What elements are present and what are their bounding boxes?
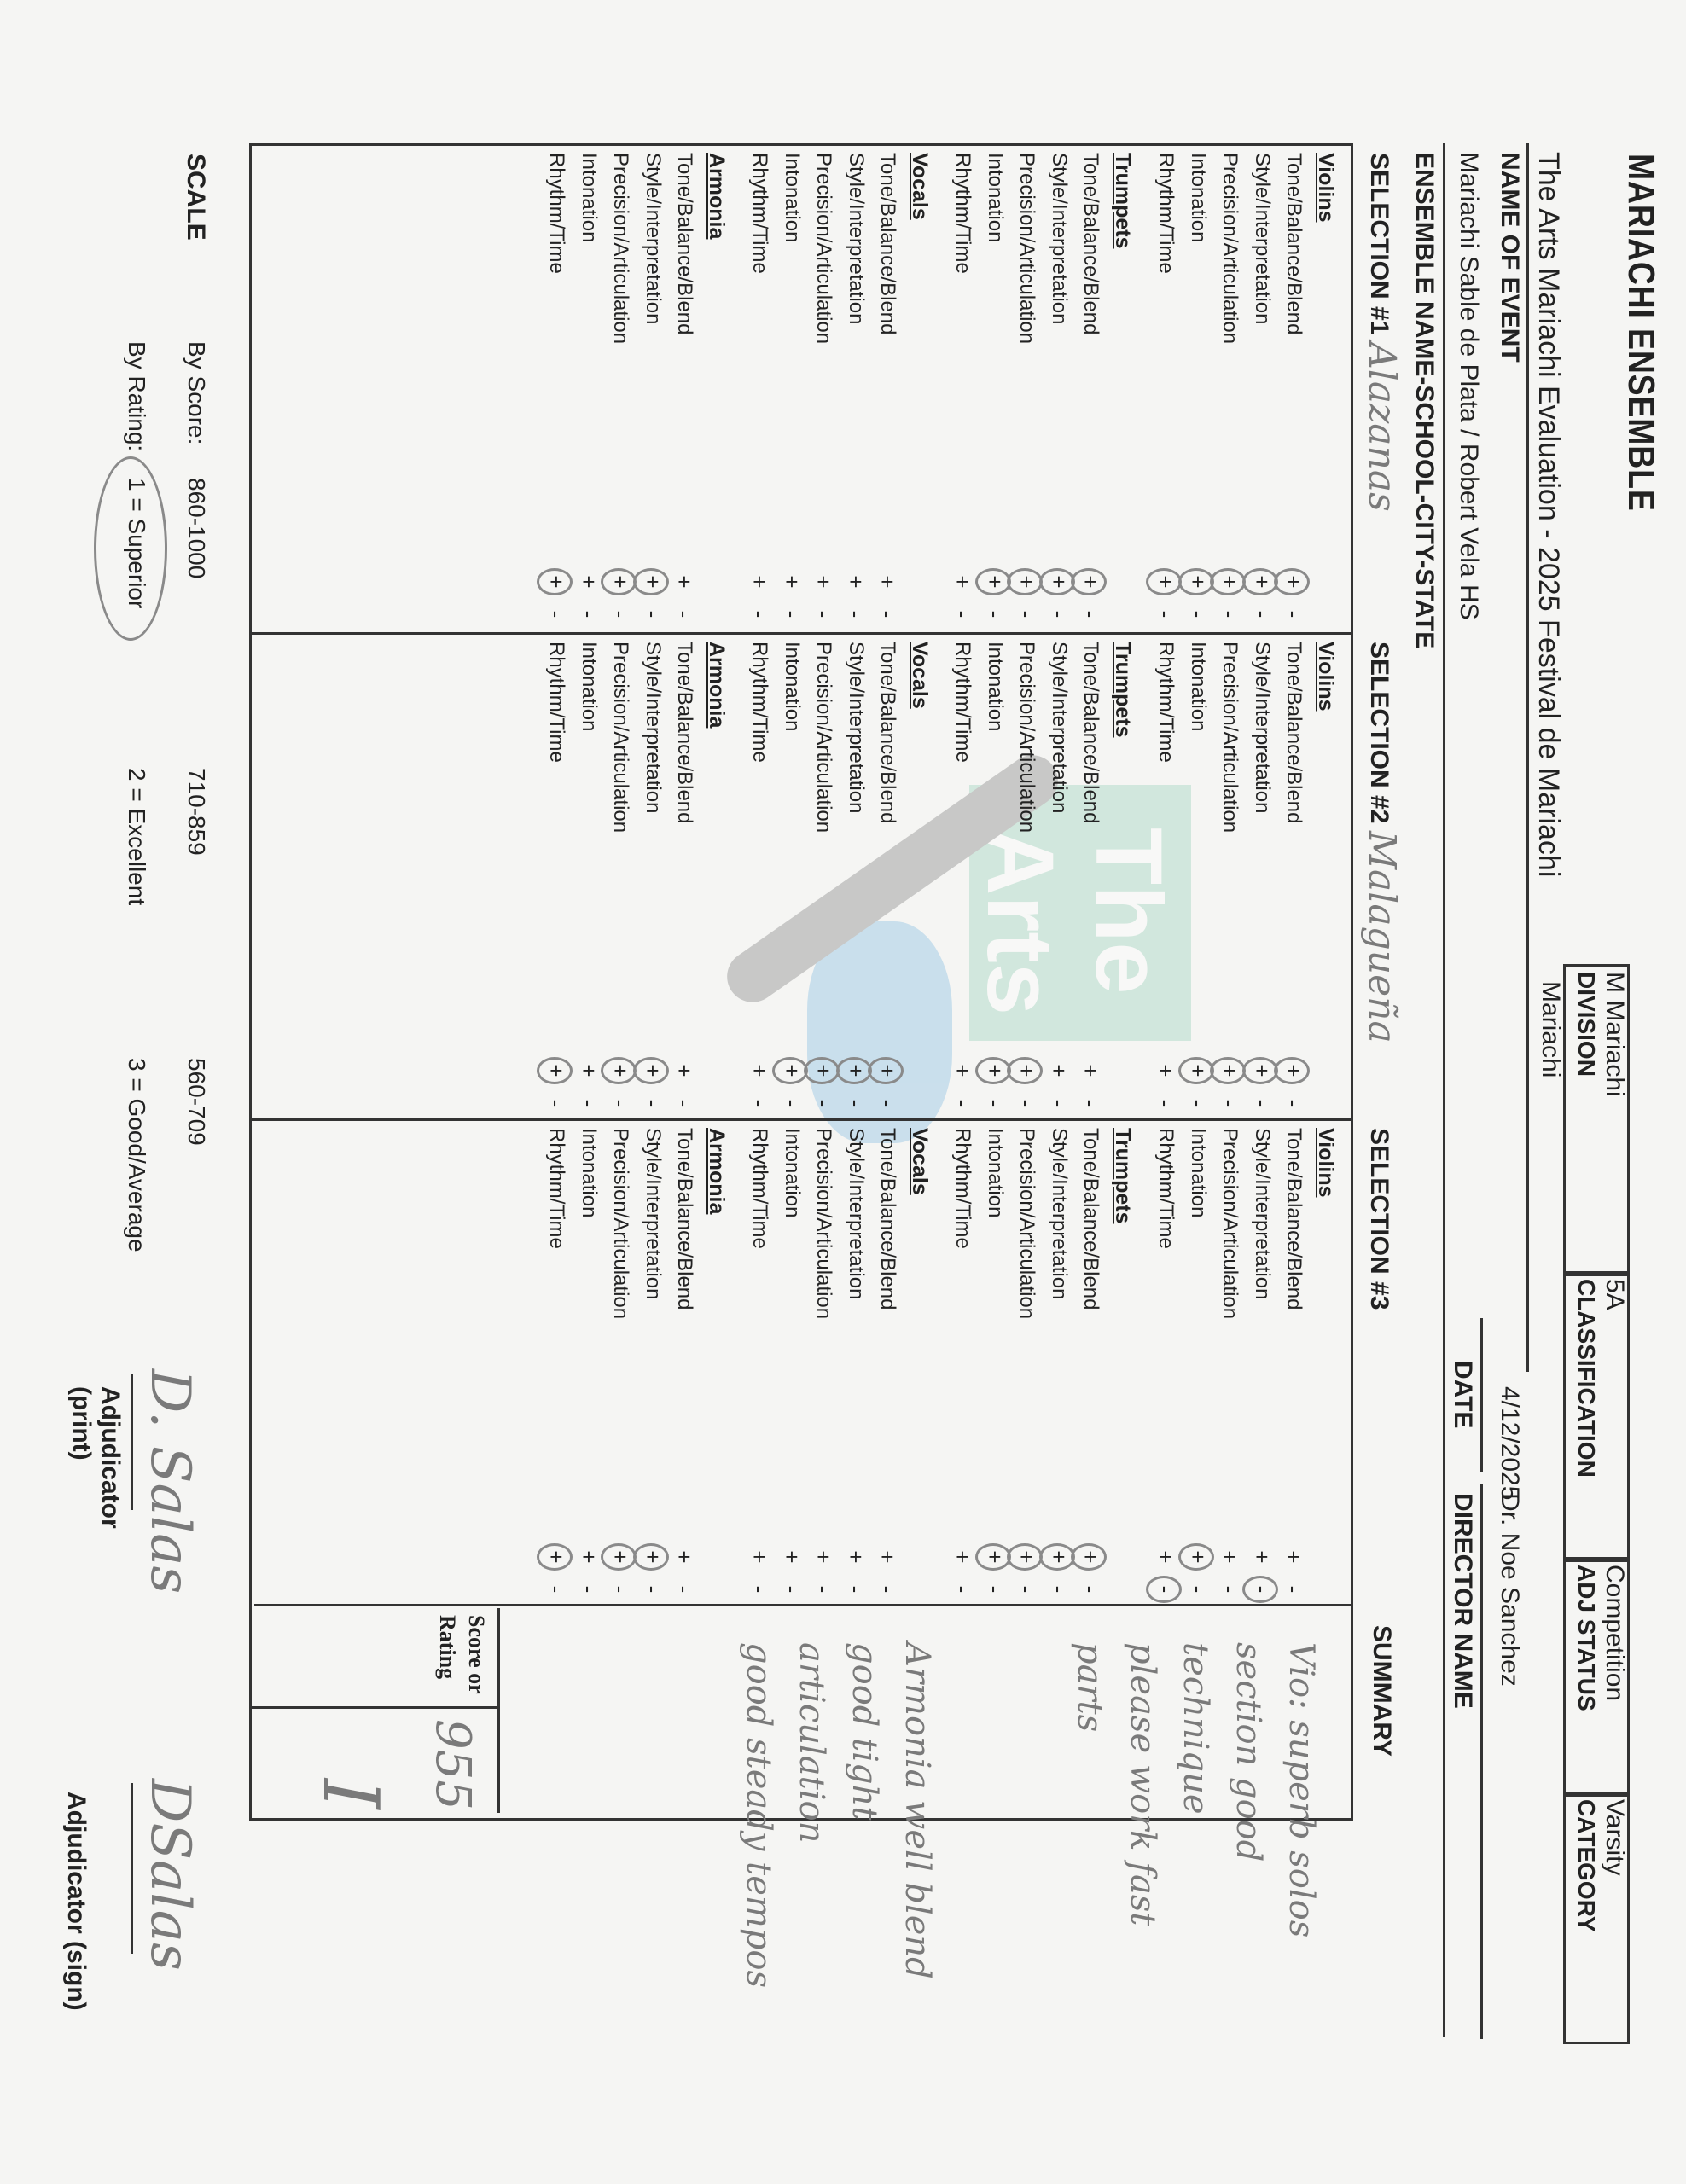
evaluation-sheet: MARIACHI ENSEMBLE M Mariachi DIVISION 5A… <box>0 0 1686 2184</box>
selection-column-2: SELECTION #2MalagueñaViolinsTone/Balance… <box>252 632 1351 1121</box>
criterion-label: Tone/Balance/Blend <box>1078 153 1103 335</box>
division-box: M Mariachi DIVISION <box>1563 964 1630 1276</box>
plus-mark[interactable]: + <box>671 1061 697 1080</box>
minus-mark[interactable]: - <box>576 1580 602 1599</box>
plus-mark[interactable]: + <box>950 572 975 591</box>
circle-mark <box>537 1057 573 1084</box>
minus-mark[interactable]: - <box>640 605 666 624</box>
criterion-label: Precision/Articulation <box>608 153 633 344</box>
form-subtitle: The Arts Mariachi Evaluation - 2025 Fest… <box>1532 152 1565 877</box>
minus-mark[interactable]: - <box>950 1580 975 1599</box>
minus-mark[interactable]: - <box>1046 1094 1072 1112</box>
circle-mark <box>1071 568 1107 595</box>
criterion-label: Rhythm/Time <box>950 642 975 763</box>
circle-mark <box>1071 1543 1107 1571</box>
group-heading: Trumpets <box>1110 1128 1136 1224</box>
by-rating-label: By Rating: <box>123 341 150 451</box>
circle-mark <box>1275 1057 1311 1084</box>
criterion-label: Tone/Balance/Blend <box>875 1128 900 1310</box>
director-label: DIRECTOR NAME <box>1448 1493 1477 1709</box>
criterion-label: Rhythm/Time <box>747 153 772 274</box>
scale-rating: 3 = Good/Average <box>123 1058 150 1252</box>
group-heading: Trumpets <box>1110 153 1136 249</box>
minus-mark[interactable]: - <box>640 1094 666 1112</box>
criterion-label: Precision/Articulation <box>1218 642 1243 833</box>
minus-mark[interactable]: - <box>1014 1580 1039 1599</box>
adj-status-value: Competition <box>1600 1565 1629 1701</box>
criterion-label: Style/Interpretation <box>843 642 869 813</box>
plus-mark[interactable]: + <box>747 1548 772 1566</box>
category-value: Varsity <box>1600 1799 1629 1875</box>
plus-mark[interactable]: + <box>1046 1061 1072 1080</box>
criterion-label: Intonation <box>576 1128 602 1217</box>
criterion-label: Rhythm/Time <box>747 642 772 763</box>
minus-mark[interactable]: - <box>608 605 633 624</box>
criterion-label: Rhythm/Time <box>950 1128 975 1249</box>
criterion-label: Precision/Articulation <box>811 1128 836 1319</box>
selection-song-title: Alazanas <box>1360 342 1404 512</box>
score-value: 955 <box>425 1719 480 1810</box>
adjudicator-sign-label: Adjudicator (sign) <box>61 1792 90 2011</box>
minus-mark[interactable]: - <box>779 1580 805 1599</box>
circle-mark <box>1211 568 1247 595</box>
summary-line: Vio: superb solos <box>1275 1642 1328 2001</box>
adj-status-box: Competition ADJ STATUS <box>1563 1557 1630 1797</box>
division-label: DIVISION <box>1573 972 1600 1077</box>
criterion-label: Intonation <box>1185 1128 1211 1217</box>
criterion-label: Rhythm/Time <box>747 1128 772 1249</box>
minus-mark[interactable]: - <box>1185 605 1211 624</box>
minus-mark[interactable]: - <box>1218 605 1243 624</box>
criterion-label: Intonation <box>779 153 805 242</box>
minus-mark[interactable]: - <box>544 1094 569 1112</box>
circle-mark <box>836 1057 872 1084</box>
criterion-label: Precision/Articulation <box>1014 642 1039 833</box>
evaluation-grid: SELECTION #1AlazanasViolinsTone/Balance/… <box>249 143 1353 1821</box>
rating-value: I <box>305 1779 395 1809</box>
minus-mark[interactable]: - <box>1154 1094 1179 1112</box>
scale-score-range: 710-859 <box>183 768 210 856</box>
minus-mark[interactable]: - <box>747 605 772 624</box>
criterion-label: Style/Interpretation <box>843 1128 869 1299</box>
ensemble-label: ENSEMBLE NAME-SCHOOL-CITY-STATE <box>1410 152 1439 648</box>
plus-mark[interactable]: + <box>875 1548 900 1566</box>
group-heading: Violins <box>1313 153 1339 223</box>
minus-mark[interactable]: - <box>1185 1094 1211 1112</box>
criterion-label: Style/Interpretation <box>1249 153 1275 324</box>
criterion-label: Rhythm/Time <box>544 642 569 763</box>
minus-mark[interactable]: - <box>1154 605 1179 624</box>
minus-mark[interactable]: - <box>779 605 805 624</box>
selection-column-3: SELECTION #3ViolinsTone/Balance/Blend+-S… <box>252 1118 1351 1607</box>
scale-score-range: 860-1000 <box>183 478 210 578</box>
criterion-label: Rhythm/Time <box>950 153 975 274</box>
circle-mark <box>1178 1057 1214 1084</box>
event-value: Mariachi <box>1536 981 1565 1077</box>
criterion-label: Tone/Balance/Blend <box>671 153 697 335</box>
criterion-label: Rhythm/Time <box>1154 1128 1179 1249</box>
minus-mark[interactable]: - <box>608 1580 633 1599</box>
criterion-label: Precision/Articulation <box>1014 1128 1039 1319</box>
criterion-label: Style/Interpretation <box>1046 1128 1072 1299</box>
group-heading: Vocals <box>907 642 933 709</box>
circle-mark <box>772 1057 808 1084</box>
circle-mark <box>975 568 1011 595</box>
minus-mark[interactable]: - <box>1249 1094 1275 1112</box>
minus-mark[interactable]: - <box>982 1094 1008 1112</box>
criterion-label: Tone/Balance/Blend <box>875 153 900 335</box>
criterion-label: Rhythm/Time <box>1154 153 1179 274</box>
category-label: CATEGORY <box>1573 1799 1600 1932</box>
circle-mark <box>1242 1057 1278 1084</box>
plus-mark[interactable]: + <box>875 572 900 591</box>
minus-mark[interactable]: - <box>1282 1094 1307 1112</box>
minus-mark[interactable]: - <box>1046 605 1072 624</box>
classification-label: CLASSIFICATION <box>1573 1279 1600 1478</box>
circle-mark <box>975 1057 1011 1084</box>
criterion-label: Intonation <box>779 642 805 731</box>
plus-mark[interactable]: + <box>1218 1548 1243 1566</box>
summary-line: good steady tempos <box>732 1642 785 2001</box>
plus-mark[interactable]: + <box>576 1548 602 1566</box>
criterion-label: Style/Interpretation <box>640 1128 666 1299</box>
circle-mark <box>601 1543 637 1571</box>
criterion-label: Precision/Articulation <box>1218 153 1243 344</box>
circle-mark <box>537 568 573 595</box>
minus-mark[interactable]: - <box>1014 1094 1039 1112</box>
group-heading: Armonia <box>704 1128 730 1214</box>
date-label: DATE <box>1448 1361 1477 1428</box>
minus-mark[interactable]: - <box>950 605 975 624</box>
selection-song-title: Malagueña <box>1360 831 1404 1043</box>
criterion-label: Precision/Articulation <box>811 153 836 344</box>
plus-mark[interactable]: + <box>1154 1061 1179 1080</box>
minus-mark[interactable]: - <box>875 1580 900 1599</box>
minus-mark[interactable]: - <box>1014 605 1039 624</box>
summary-line: Armonia well blend <box>891 1642 944 2001</box>
summary-line: good tight articulation <box>785 1642 891 2001</box>
criterion-label: Style/Interpretation <box>843 153 869 324</box>
minus-mark[interactable]: - <box>1282 605 1307 624</box>
score-box: Score or Rating 955 I <box>252 1608 500 1813</box>
criterion-label: Precision/Articulation <box>608 642 633 833</box>
criterion-label: Intonation <box>1185 153 1211 242</box>
classification-value: 5A <box>1600 1279 1629 1310</box>
criterion-label: Rhythm/Time <box>544 153 569 274</box>
circle-mark <box>1242 568 1278 595</box>
minus-mark[interactable]: - <box>576 1094 602 1112</box>
circle-mark <box>1275 568 1311 595</box>
criterion-label: Intonation <box>1185 642 1211 731</box>
circle-mark <box>868 1057 904 1084</box>
scale-rating: 2 = Excellent <box>123 768 150 905</box>
minus-mark[interactable]: - <box>1218 1580 1243 1599</box>
group-heading: Armonia <box>704 642 730 728</box>
circle-mark <box>537 1543 573 1571</box>
circle-mark <box>975 1543 1011 1571</box>
minus-mark[interactable]: - <box>1046 1580 1072 1599</box>
criterion-label: Style/Interpretation <box>640 642 666 813</box>
circle-mark <box>601 568 637 595</box>
plus-mark[interactable]: + <box>576 572 602 591</box>
minus-mark[interactable]: - <box>1185 1580 1211 1599</box>
minus-mark[interactable]: - <box>1249 605 1275 624</box>
plus-mark[interactable]: + <box>747 572 772 591</box>
minus-mark[interactable]: - <box>1078 605 1103 624</box>
adjudicator-print-label: Adjudicator (print) <box>67 1386 125 1557</box>
minus-mark[interactable]: - <box>811 1580 836 1599</box>
plus-mark[interactable]: + <box>779 1548 805 1566</box>
minus-mark[interactable]: - <box>811 1094 836 1112</box>
scale-label: SCALE <box>181 154 210 241</box>
minus-mark[interactable]: - <box>747 1580 772 1599</box>
criterion-label: Intonation <box>982 1128 1008 1217</box>
criterion-label: Style/Interpretation <box>1046 153 1072 324</box>
criterion-label: Intonation <box>576 642 602 731</box>
criterion-label: Tone/Balance/Blend <box>671 642 697 824</box>
plus-mark[interactable]: + <box>811 1548 836 1566</box>
selection-heading: SELECTION #1 <box>1364 153 1393 334</box>
circle-mark <box>633 1057 669 1084</box>
circle-mark <box>1007 568 1043 595</box>
group-heading: Violins <box>1313 642 1339 712</box>
minus-mark[interactable]: - <box>1282 1580 1307 1599</box>
criterion-label: Precision/Articulation <box>1218 1128 1243 1319</box>
minus-mark[interactable]: - <box>640 1580 666 1599</box>
form-title: MARIACHI ENSEMBLE <box>1619 154 1662 512</box>
selection-heading: SELECTION #2 <box>1364 642 1393 823</box>
minus-mark[interactable]: - <box>875 1094 900 1112</box>
plus-mark[interactable]: + <box>576 1061 602 1080</box>
minus-mark[interactable]: - <box>982 605 1008 624</box>
summary-line: section good technique <box>1169 1642 1275 2001</box>
summary-comments: Vio: superb solossection good techniquep… <box>732 1642 1328 2001</box>
minus-mark[interactable]: - <box>982 1580 1008 1599</box>
group-heading: Armonia <box>704 153 730 239</box>
event-label: NAME OF EVENT <box>1495 152 1524 363</box>
classification-box: 5A CLASSIFICATION <box>1563 1271 1630 1562</box>
by-score-label: By Score: <box>183 341 210 444</box>
plus-mark[interactable]: + <box>671 1548 697 1566</box>
minus-mark[interactable]: - <box>843 1580 869 1599</box>
criterion-label: Intonation <box>779 1128 805 1217</box>
circle-mark <box>1178 1543 1214 1571</box>
minus-mark[interactable]: - <box>1078 1094 1103 1112</box>
group-heading: Vocals <box>907 1128 933 1195</box>
circle-mark <box>1007 1057 1043 1084</box>
criterion-label: Style/Interpretation <box>1249 1128 1275 1299</box>
criterion-label: Tone/Balance/Blend <box>1282 153 1307 335</box>
date-value: 4/12/2025 <box>1495 1386 1524 1500</box>
summary-line: please work fast parts <box>1063 1642 1169 2001</box>
criterion-label: Tone/Balance/Blend <box>1282 642 1307 824</box>
circle-mark <box>633 1543 669 1571</box>
circle-mark <box>1039 1543 1075 1571</box>
criterion-label: Style/Interpretation <box>640 153 666 324</box>
minus-mark[interactable]: - <box>671 1094 697 1112</box>
minus-mark[interactable]: - <box>1078 1580 1103 1599</box>
plus-mark[interactable]: + <box>950 1548 975 1566</box>
criterion-label: Intonation <box>576 153 602 242</box>
criterion-label: Rhythm/Time <box>1154 642 1179 763</box>
selection-heading: SELECTION #3 <box>1364 1128 1393 1310</box>
group-heading: Vocals <box>907 153 933 220</box>
minus-mark[interactable]: - <box>544 1580 569 1599</box>
circle-mark <box>1211 1057 1247 1084</box>
criterion-label: Precision/Articulation <box>811 642 836 833</box>
criterion-label: Precision/Articulation <box>608 1128 633 1319</box>
circle-mark <box>633 568 669 595</box>
circle-mark <box>1178 568 1214 595</box>
minus-mark[interactable]: - <box>747 1094 772 1112</box>
criterion-label: Tone/Balance/Blend <box>1282 1128 1307 1310</box>
rating-circle <box>94 456 167 641</box>
criterion-label: Style/Interpretation <box>1249 642 1275 813</box>
minus-mark[interactable]: - <box>671 605 697 624</box>
minus-mark[interactable]: - <box>608 1094 633 1112</box>
adjudicator-print-signature: D. Salas <box>138 1369 201 1594</box>
criterion-label: Intonation <box>982 642 1008 731</box>
plus-mark[interactable]: + <box>950 1061 975 1080</box>
minus-mark[interactable]: - <box>950 1094 975 1112</box>
ensemble-value: Mariachi Sable de Plata / Robert Vela HS <box>1454 152 1483 620</box>
plus-mark[interactable]: + <box>1282 1548 1307 1566</box>
plus-mark[interactable]: + <box>671 572 697 591</box>
division-value: M Mariachi <box>1600 972 1629 1097</box>
criterion-label: Tone/Balance/Blend <box>1078 642 1103 824</box>
adjudicator-signature: DSalas <box>138 1779 201 1971</box>
minus-mark[interactable]: - <box>843 605 869 624</box>
minus-mark[interactable]: - <box>1218 1094 1243 1112</box>
selection-column-1: SELECTION #1AlazanasViolinsTone/Balance/… <box>252 146 1351 632</box>
plus-mark[interactable]: + <box>843 572 869 591</box>
circle-mark <box>1147 1576 1183 1603</box>
minus-mark[interactable]: - <box>875 605 900 624</box>
circle-mark <box>1147 568 1183 595</box>
plus-mark[interactable]: + <box>779 572 805 591</box>
criterion-label: Intonation <box>982 153 1008 242</box>
plus-mark[interactable]: + <box>747 1061 772 1080</box>
circle-mark <box>601 1057 637 1084</box>
criterion-label: Rhythm/Time <box>544 1128 569 1249</box>
minus-mark[interactable]: - <box>671 1580 697 1599</box>
minus-mark[interactable]: - <box>576 605 602 624</box>
circle-mark <box>804 1057 840 1084</box>
category-box: Varsity CATEGORY <box>1563 1792 1630 2044</box>
plus-mark[interactable]: + <box>811 572 836 591</box>
adj-status-label: ADJ STATUS <box>1573 1565 1600 1711</box>
score-label: Score or Rating <box>433 1615 491 1700</box>
scale-score-range: 560-709 <box>183 1058 210 1146</box>
summary-heading: SUMMARY <box>1367 1625 1396 1757</box>
plus-mark[interactable]: + <box>1249 1548 1275 1566</box>
criterion-label: Tone/Balance/Blend <box>875 642 900 824</box>
plus-mark[interactable]: + <box>1078 1061 1103 1080</box>
criterion-label: Tone/Balance/Blend <box>671 1128 697 1310</box>
circle-mark <box>1242 1576 1278 1603</box>
criterion-label: Tone/Balance/Blend <box>1078 1128 1103 1310</box>
circle-mark <box>1007 1543 1043 1571</box>
circle-mark <box>1039 568 1075 595</box>
plus-mark[interactable]: + <box>843 1548 869 1566</box>
minus-mark[interactable]: - <box>811 605 836 624</box>
group-heading: Violins <box>1313 1128 1339 1198</box>
plus-mark[interactable]: + <box>1154 1548 1179 1566</box>
minus-mark[interactable]: - <box>544 605 569 624</box>
group-heading: Trumpets <box>1110 642 1136 738</box>
criterion-label: Precision/Articulation <box>1014 153 1039 344</box>
criterion-label: Style/Interpretation <box>1046 642 1072 813</box>
minus-mark[interactable]: - <box>779 1094 805 1112</box>
director-value: Dr. Noe Sanchez <box>1495 1493 1524 1687</box>
minus-mark[interactable]: - <box>843 1094 869 1112</box>
